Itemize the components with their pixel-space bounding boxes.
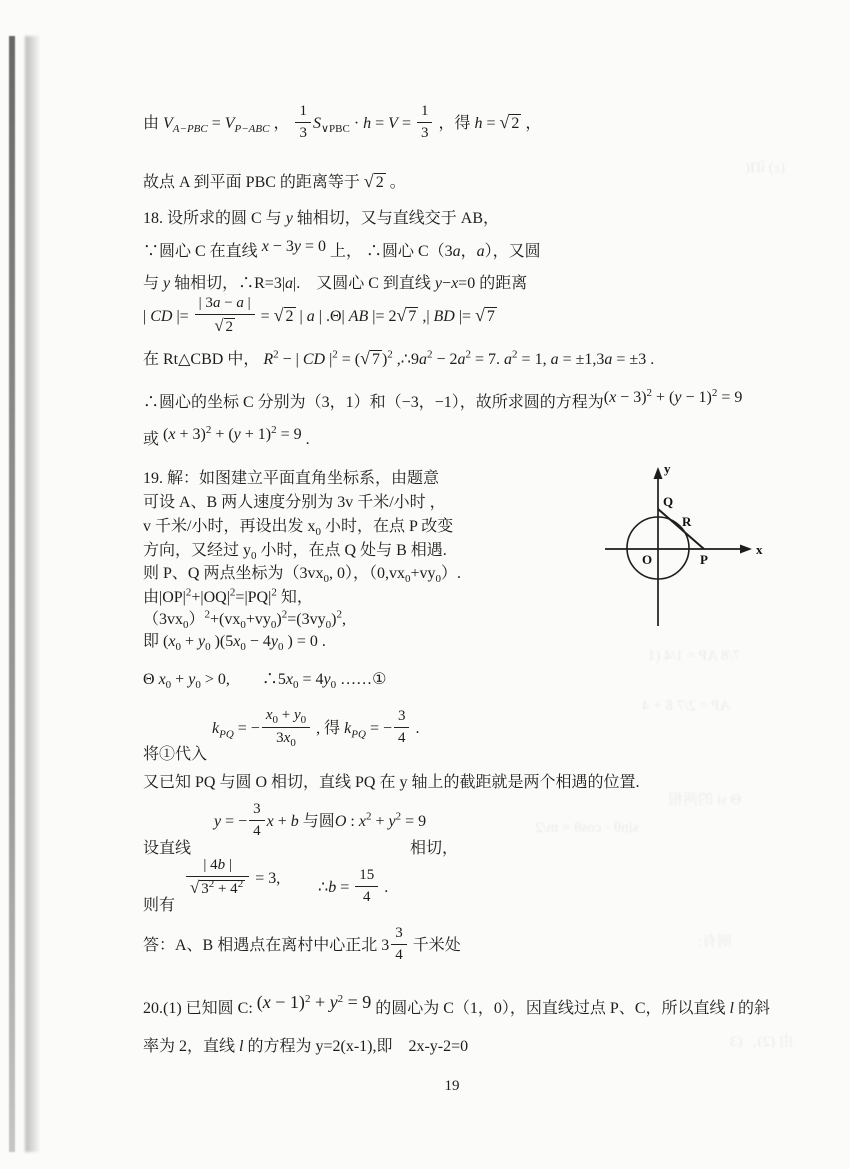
solution-19-then-label: 则有	[143, 893, 175, 919]
solution-19-line-1: 19. 解：如图建立平面直角坐标系，由题意	[143, 466, 439, 492]
solution-17-volume-line: 由 VA−PBC = VP−ABC ， 13S∨PBC · h = V = 13…	[143, 104, 541, 145]
point-label-o: O	[642, 552, 652, 567]
page-number: 19	[0, 1078, 850, 1095]
solution-18-result2-line: 或 (x + 3)2 + (y + 1)2 = 9 .	[143, 427, 310, 453]
solution-17-distance-line: 故点 A 到平面 PBC 的距离等于 √2 。	[143, 168, 406, 196]
solution-19-b-value: ∴b = 154 .	[318, 868, 388, 909]
point-label-r: R	[682, 514, 692, 529]
point-label-p: P	[700, 552, 708, 567]
bleedthrough-fragment: AP = 2/7 ß + 4	[642, 698, 730, 715]
solution-19-substitute-label: 将①代入	[143, 742, 207, 768]
solution-18-triangle-line: 在 Rt△CBD 中， R2 − | CD |2 = (√7)2 ,∴9a2 −…	[143, 345, 654, 373]
solution-18-intro-line: 18. 设所求的圆 C 与 y 轴相切，又与直线交于 AB，	[143, 206, 499, 232]
solution-18-cd-line: | CD |= | 3a − a |√2 = √2 | a | .Θ| AB |…	[143, 296, 497, 339]
bleedthrough-fragment: 由 (2)、(3	[730, 1030, 794, 1051]
solution-19-slope-formula: kPQ = −x0 + y03x0 , 得 kPQ = −34 .	[212, 708, 419, 751]
solution-19-line-5: 则 P、Q 两点坐标为（3vx0, 0），（0,vx0+vy0）.	[143, 561, 461, 587]
point-label-q: Q	[663, 494, 673, 509]
bleedthrough-fragment: 则有:	[698, 930, 732, 951]
solution-20-line-1: 20.(1) 已知圆 C: (x − 1)2 + y2 = 9 的圆心为 C（1…	[143, 994, 770, 1022]
bleedthrough-fragment: sinθ · cosθ = m/2	[535, 820, 639, 837]
scan-binding-shadow-light	[25, 36, 39, 1152]
solution-18-center-line: ∵圆心 C 在直线 x − 3y = 0 上， ∴圆心 C（3a，a），又圆	[143, 239, 541, 265]
solution-19-line-3: v 千米/小时，再设出发 x0 小时，在点 P 改变	[143, 514, 453, 540]
figure-19-diagram: y x Q R P O	[583, 456, 788, 634]
bleedthrough-fragment: Θ si 的两根	[668, 788, 741, 809]
bleedthrough-fragment: (ε) ἶΠ(	[745, 160, 785, 177]
solution-19-answer-line: 答：A、B 相遇点在离村中心正北 334 千米处	[143, 926, 461, 967]
axis-label-y: y	[664, 461, 671, 476]
axis-label-x: x	[756, 542, 763, 557]
solution-19-distance-formula: | 4b |√32 + 42 = 3,	[184, 858, 280, 901]
solution-19-tangent-label: 相切，	[410, 836, 458, 862]
scan-binding-shadow-dark	[9, 36, 15, 1152]
solution-19-line-2: 可设 A、B 两人速度分别为 3v 千米/小时 ，	[143, 490, 446, 516]
solution-19-line-9: Θ x0 + y0 > 0, ∴5x0 = 4y0 ……①	[143, 667, 386, 693]
solution-20-line-2: 率为 2，直线 l 的方程为 y=2(x-1),即 2x-y-2=0	[143, 1034, 468, 1060]
solution-19-line-8: 即 (x0 + y0 )(5x0 − 4y0 ) = 0 .	[143, 629, 326, 655]
scanned-page: 7/8 AP = 1/4 (1 AP = 2/7 ß + 4 Θ si 的两根 …	[0, 0, 850, 1169]
solution-19-line-equation: y = −34x + b 与圆O : x2 + y2 = 9	[214, 802, 426, 843]
solution-18-result-line: ∴圆心的坐标 C 分别为（3，1）和（−3，−1），故所求圆的方程为(x − 3…	[143, 390, 742, 416]
solution-19-tangent-line: 又已知 PQ 与圆 O 相切，直线 PQ 在 y 轴上的截距就是两个相遇的位置.	[143, 770, 639, 796]
bleedthrough-fragment: 7/8 AP = 1/4 (1	[648, 648, 740, 665]
